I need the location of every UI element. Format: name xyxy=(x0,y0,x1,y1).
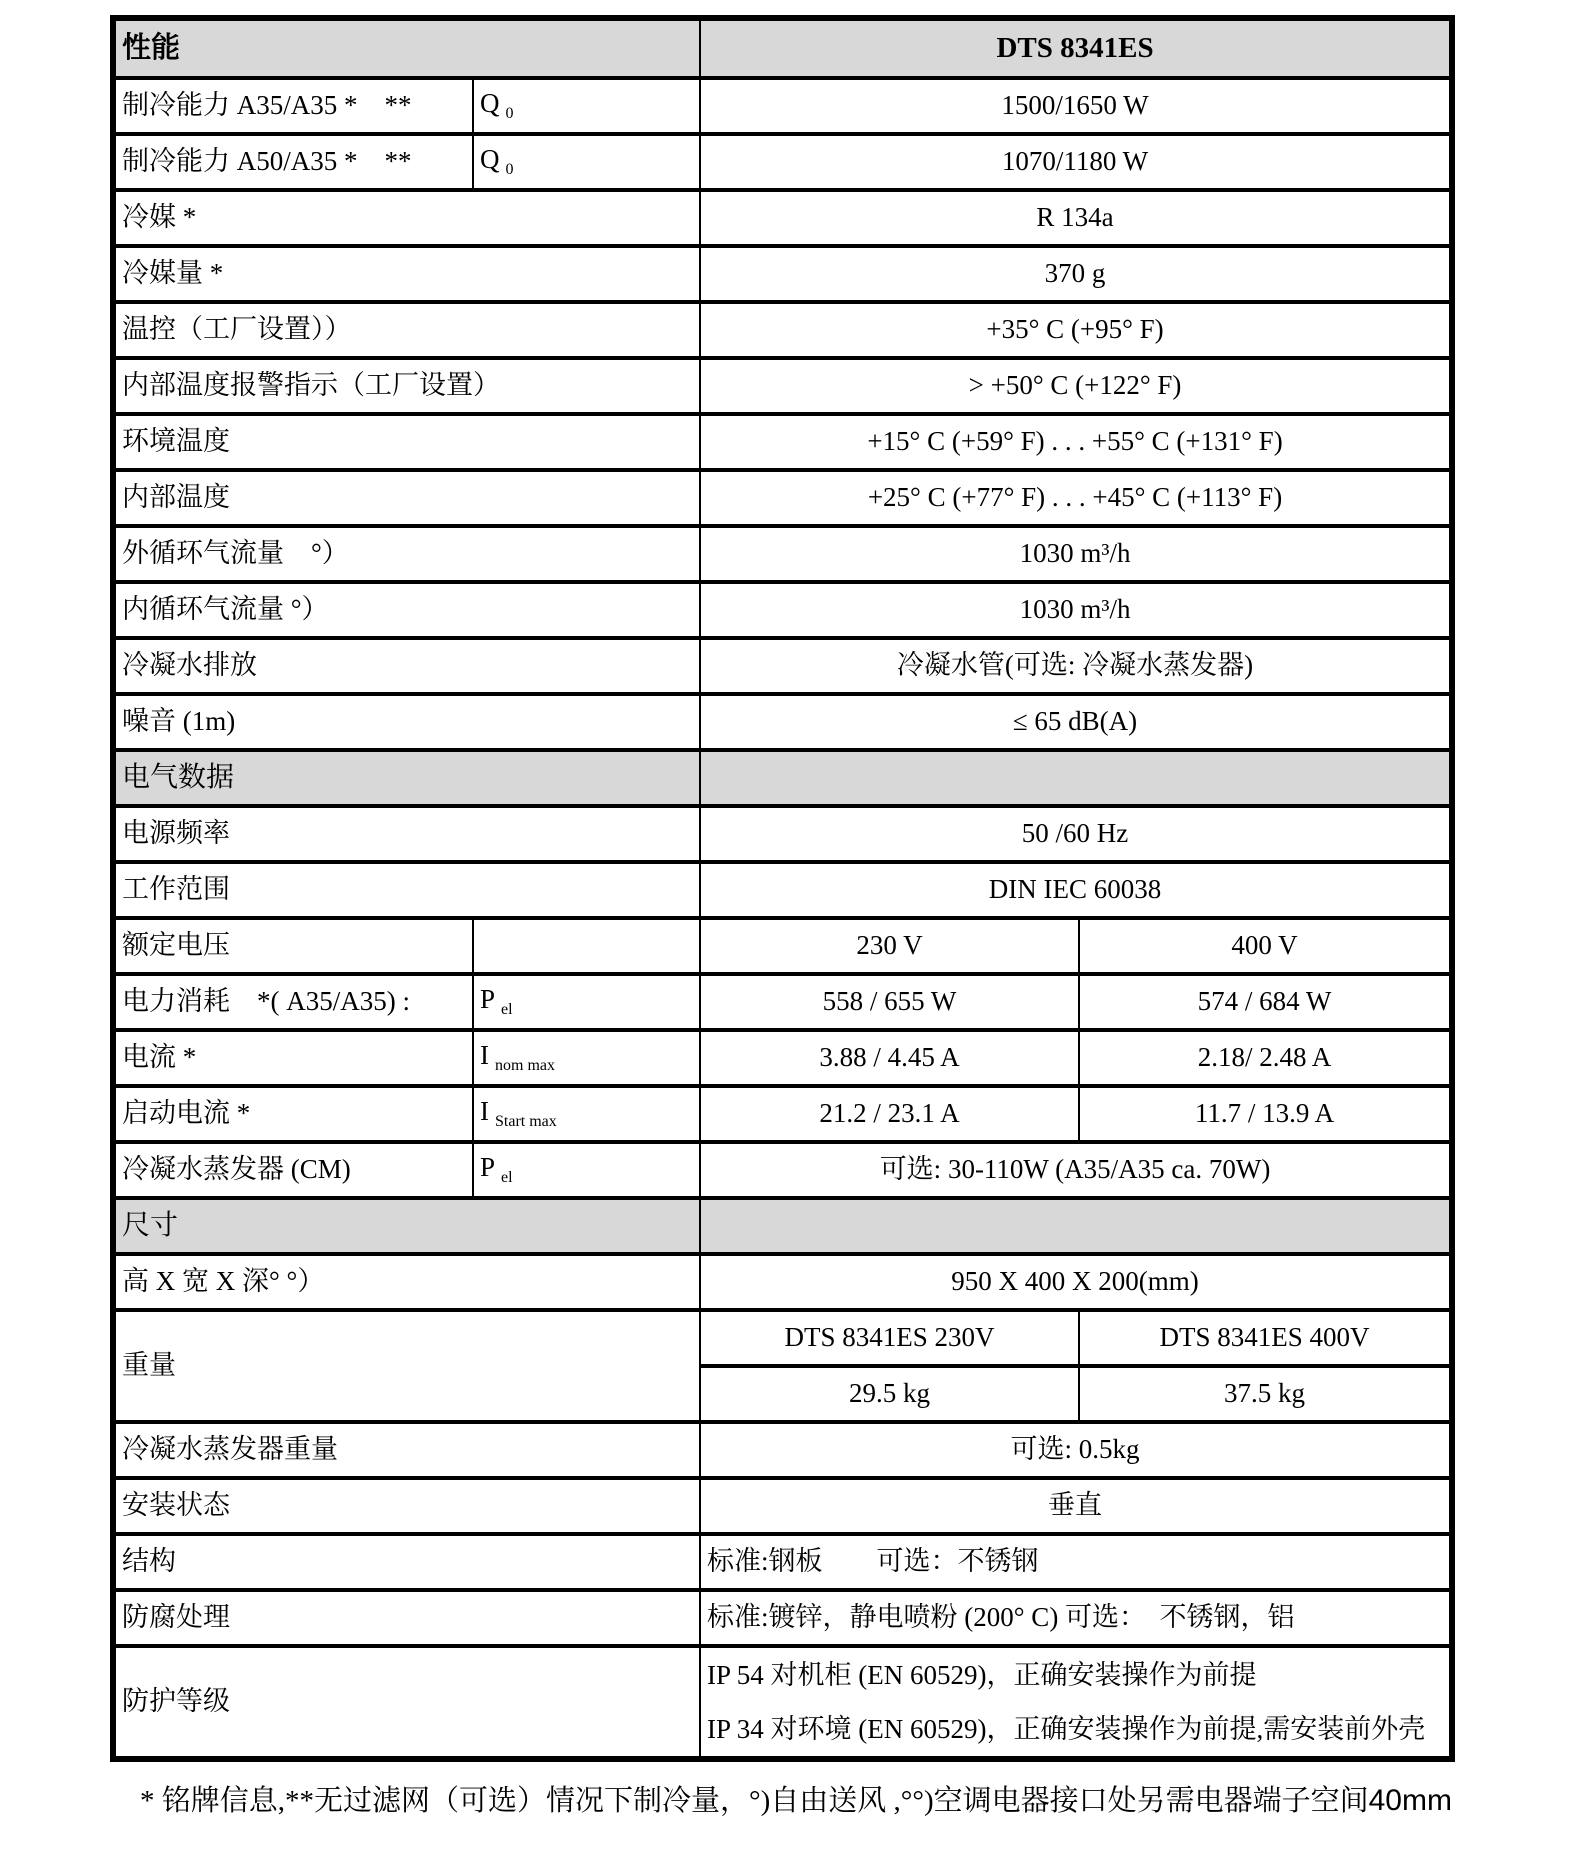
spec-symbol-cell xyxy=(473,918,700,974)
spec-label-cell: 内部温度 xyxy=(113,470,700,526)
symbol-base: Q xyxy=(480,88,500,118)
table-row: 防腐处理 标准:镀锌，静电喷粉 (200° C) 可选： 不锈钢，铝 xyxy=(113,1590,1452,1646)
spec-label-cell: 内部温度报警指示（工厂设置） xyxy=(113,358,700,414)
symbol-subscript: nom max xyxy=(489,1057,555,1074)
table-row: 冷媒量 * 370 g xyxy=(113,246,1452,302)
table-row: 高 X 宽 X 深° °） 950 X 400 X 200(mm) xyxy=(113,1254,1452,1310)
spec-value-cell: 950 X 400 X 200(mm) xyxy=(700,1254,1452,1310)
spec-label-cell: 内循环气流量 °） xyxy=(113,582,700,638)
spec-value-400v-cell: 574 / 684 W xyxy=(1079,974,1452,1030)
spec-label-cell: 额定电压 xyxy=(113,918,473,974)
table-row: 外循环气流量 °） 1030 m³/h xyxy=(113,526,1452,582)
symbol-base: I xyxy=(480,1040,489,1070)
table-row: 内循环气流量 °） 1030 m³/h xyxy=(113,582,1452,638)
spec-value-cell: 标准:镀锌，静电喷粉 (200° C) 可选： 不锈钢，铝 xyxy=(700,1590,1452,1646)
table-row: 电力消耗 *( A35/A35) : Pel 558 / 655 W 574 /… xyxy=(113,974,1452,1030)
table-row: 温控（工厂设置）） +35° C (+95° F) xyxy=(113,302,1452,358)
section-empty-cell xyxy=(700,750,1452,806)
spec-label-cell: 电力消耗 *( A35/A35) : xyxy=(113,974,473,1030)
symbol-subscript: el xyxy=(495,1001,513,1018)
header-perf-cell: 性能 xyxy=(113,18,700,78)
header-model-cell: DTS 8341ES xyxy=(700,18,1452,78)
table-header-row: 性能 DTS 8341ES xyxy=(113,18,1452,78)
spec-sheet-page: 性能 DTS 8341ES 制冷能力 A35/A35 * ** Q0 1500/… xyxy=(0,0,1578,1855)
spec-symbol-cell: Inom max xyxy=(473,1030,700,1086)
table-row: 制冷能力 A50/A35 * ** Q0 1070/1180 W xyxy=(113,134,1452,190)
section-row-electrical: 电气数据 xyxy=(113,750,1452,806)
spec-value-230v-cell: 230 V xyxy=(700,918,1079,974)
spec-value-230v-cell: 21.2 / 23.1 A xyxy=(700,1086,1079,1142)
table-row: 冷凝水蒸发器重量 可选: 0.5kg xyxy=(113,1422,1452,1478)
footnote-suffix: 40mm xyxy=(1369,1784,1452,1817)
spec-value-400v-cell: 11.7 / 13.9 A xyxy=(1079,1086,1452,1142)
spec-label-cell: 启动电流 * xyxy=(113,1086,473,1142)
symbol-subscript: 0 xyxy=(500,105,514,122)
spec-label-cell: 外循环气流量 °） xyxy=(113,526,700,582)
table-row: 噪音 (1m) ≤ 65 dB(A) xyxy=(113,694,1452,750)
spec-value-cell: 垂直 xyxy=(700,1478,1452,1534)
spec-table: 性能 DTS 8341ES 制冷能力 A35/A35 * ** Q0 1500/… xyxy=(110,15,1455,1762)
spec-value-400v-cell: 2.18/ 2.48 A xyxy=(1079,1030,1452,1086)
table-row: 电源频率 50 /60 Hz xyxy=(113,806,1452,862)
spec-value-cell: > +50° C (+122° F) xyxy=(700,358,1452,414)
spec-value-cell: 1030 m³/h xyxy=(700,582,1452,638)
table-row: 安装状态 垂直 xyxy=(113,1478,1452,1534)
spec-symbol-cell: IStart max xyxy=(473,1086,700,1142)
spec-value-cell: 可选: 30-110W (A35/A35 ca. 70W) xyxy=(700,1142,1452,1198)
spec-value-230v-cell: 3.88 / 4.45 A xyxy=(700,1030,1079,1086)
table-row-weight-header: 重量 DTS 8341ES 230V DTS 8341ES 400V xyxy=(113,1310,1452,1366)
spec-symbol-cell: Q0 xyxy=(473,134,700,190)
weight-value-400v-cell: 37.5 kg xyxy=(1079,1366,1452,1422)
spec-value-cell: 1070/1180 W xyxy=(700,134,1452,190)
table-row: 冷媒 * R 134a xyxy=(113,190,1452,246)
spec-value-cell: +15° C (+59° F) . . . +55° C (+131° F) xyxy=(700,414,1452,470)
spec-value-cell: +35° C (+95° F) xyxy=(700,302,1452,358)
spec-label-cell: 制冷能力 A50/A35 * ** xyxy=(113,134,473,190)
table-row: 工作范围 DIN IEC 60038 xyxy=(113,862,1452,918)
section-title-cell: 尺寸 xyxy=(113,1198,700,1254)
table-row: 额定电压 230 V 400 V xyxy=(113,918,1452,974)
protection-line-1: IP 54 对机柜 (EN 60529)，正确安装操作为前提 xyxy=(707,1648,1443,1702)
spec-label-cell: 冷媒量 * xyxy=(113,246,700,302)
spec-value-cell: 1030 m³/h xyxy=(700,526,1452,582)
table-row: 环境温度 +15° C (+59° F) . . . +55° C (+131°… xyxy=(113,414,1452,470)
spec-label-cell: 工作范围 xyxy=(113,862,700,918)
spec-value-cell: 冷凝水管(可选: 冷凝水蒸发器) xyxy=(700,638,1452,694)
spec-value-cell: 可选: 0.5kg xyxy=(700,1422,1452,1478)
symbol-subscript: Start max xyxy=(489,1113,557,1130)
spec-value-cell: 370 g xyxy=(700,246,1452,302)
spec-value-cell: ≤ 65 dB(A) xyxy=(700,694,1452,750)
spec-value-cell: 标准:钢板 可选：不锈钢 xyxy=(700,1534,1452,1590)
spec-label-cell: 防腐处理 xyxy=(113,1590,700,1646)
spec-label-cell: 结构 xyxy=(113,1534,700,1590)
symbol-base: I xyxy=(480,1096,489,1126)
spec-label-cell: 冷凝水排放 xyxy=(113,638,700,694)
spec-label-cell: 冷媒 * xyxy=(113,190,700,246)
symbol-base: P xyxy=(480,1152,495,1182)
spec-label-cell: 温控（工厂设置）） xyxy=(113,302,700,358)
table-row: 启动电流 * IStart max 21.2 / 23.1 A 11.7 / 1… xyxy=(113,1086,1452,1142)
spec-label-cell: 电源频率 xyxy=(113,806,700,862)
spec-value-cell: R 134a xyxy=(700,190,1452,246)
spec-symbol-cell: Q0 xyxy=(473,78,700,134)
spec-label-cell: 防护等级 xyxy=(113,1646,700,1759)
table-row: 电流 * Inom max 3.88 / 4.45 A 2.18/ 2.48 A xyxy=(113,1030,1452,1086)
spec-label-cell: 安装状态 xyxy=(113,1478,700,1534)
weight-value-230v-cell: 29.5 kg xyxy=(700,1366,1079,1422)
symbol-base: P xyxy=(480,984,495,1014)
spec-symbol-cell: Pel xyxy=(473,974,700,1030)
table-row: 制冷能力 A35/A35 * ** Q0 1500/1650 W xyxy=(113,78,1452,134)
spec-label-cell: 冷凝水蒸发器 (CM) xyxy=(113,1142,473,1198)
footnote: * 铭牌信息,**无过滤网（可选）情况下制冷量，°)自由送风 ,°°)空调电器接… xyxy=(140,1778,1480,1819)
spec-label-cell: 噪音 (1m) xyxy=(113,694,700,750)
spec-value-cell: DIN IEC 60038 xyxy=(700,862,1452,918)
symbol-subscript: 0 xyxy=(500,161,514,178)
spec-value-cell: +25° C (+77° F) . . . +45° C (+113° F) xyxy=(700,470,1452,526)
spec-label-cell: 制冷能力 A35/A35 * ** xyxy=(113,78,473,134)
table-row: 结构 标准:钢板 可选：不锈钢 xyxy=(113,1534,1452,1590)
table-row: 冷凝水排放 冷凝水管(可选: 冷凝水蒸发器) xyxy=(113,638,1452,694)
spec-symbol-cell: Pel xyxy=(473,1142,700,1198)
table-row: 内部温度报警指示（工厂设置） > +50° C (+122° F) xyxy=(113,358,1452,414)
footnote-text: * 铭牌信息,**无过滤网（可选）情况下制冷量，°)自由送风 ,°°)空调电器接… xyxy=(140,1785,1369,1817)
weight-variant-230v-cell: DTS 8341ES 230V xyxy=(700,1310,1079,1366)
spec-value-cell: 1500/1650 W xyxy=(700,78,1452,134)
spec-label-cell: 高 X 宽 X 深° °） xyxy=(113,1254,700,1310)
spec-value-cell: 50 /60 Hz xyxy=(700,806,1452,862)
spec-value-400v-cell: 400 V xyxy=(1079,918,1452,974)
spec-value-cell: IP 54 对机柜 (EN 60529)，正确安装操作为前提 IP 34 对环境… xyxy=(700,1646,1452,1759)
spec-label-cell: 重量 xyxy=(113,1310,700,1422)
section-empty-cell xyxy=(700,1198,1452,1254)
table-row: 防护等级 IP 54 对机柜 (EN 60529)，正确安装操作为前提 IP 3… xyxy=(113,1646,1452,1759)
weight-variant-400v-cell: DTS 8341ES 400V xyxy=(1079,1310,1452,1366)
table-row: 内部温度 +25° C (+77° F) . . . +45° C (+113°… xyxy=(113,470,1452,526)
spec-label-cell: 电流 * xyxy=(113,1030,473,1086)
section-row-dimensions: 尺寸 xyxy=(113,1198,1452,1254)
protection-line-2: IP 34 对环境 (EN 60529)，正确安装操作为前提,需安装前外壳 xyxy=(707,1702,1443,1756)
symbol-subscript: el xyxy=(495,1169,513,1186)
section-title-cell: 电气数据 xyxy=(113,750,700,806)
table-row: 冷凝水蒸发器 (CM) Pel 可选: 30-110W (A35/A35 ca.… xyxy=(113,1142,1452,1198)
spec-label-cell: 冷凝水蒸发器重量 xyxy=(113,1422,700,1478)
symbol-base: Q xyxy=(480,144,500,174)
spec-label-cell: 环境温度 xyxy=(113,414,700,470)
spec-value-230v-cell: 558 / 655 W xyxy=(700,974,1079,1030)
